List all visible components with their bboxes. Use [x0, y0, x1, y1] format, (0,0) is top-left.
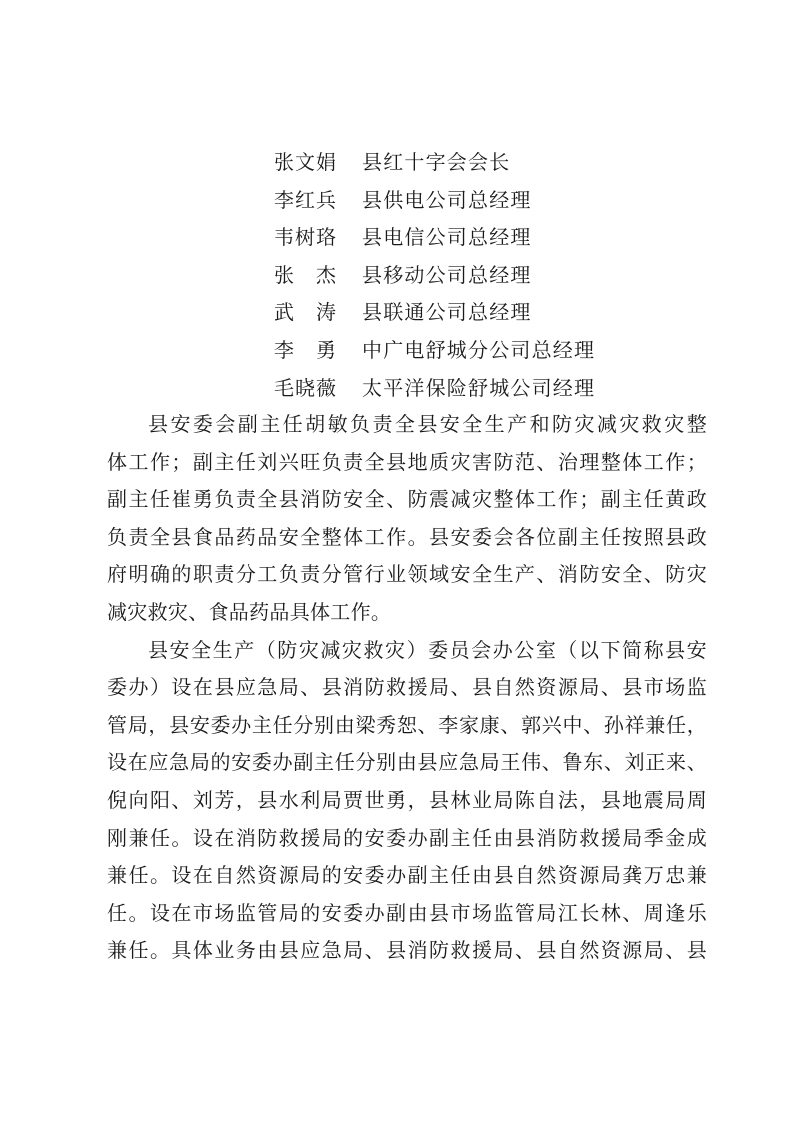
- text-line: 设在应急局的安委办副主任分别由县应急局王伟、鲁东、刘正来、: [107, 744, 707, 782]
- member-name: 李红兵: [274, 182, 362, 220]
- text-line: 任。设在市场监管局的安委办副由县市场监管局江长林、周逢乐: [107, 895, 707, 933]
- member-name: 张文娟: [274, 144, 362, 182]
- member-name: 张 杰: [274, 257, 362, 295]
- member-name: 毛晓薇: [274, 370, 362, 408]
- member-name: 李 勇: [274, 332, 362, 370]
- member-roster: 张文娟 县红十字会会长 李红兵 县供电公司总经理 韦树珞 县电信公司总经理 张 …: [274, 144, 595, 407]
- text-line: 管局，县安委办主任分别由梁秀恕、李家康、郭兴中、孙祥兼任，: [107, 707, 707, 745]
- member-name: 武 涛: [274, 294, 362, 332]
- paragraph-deputy-directors: 县安委会副主任胡敏负责全县安全生产和防灾减灾救灾整 体工作；副主任刘兴旺负责全县…: [107, 406, 707, 632]
- roster-row: 韦树珞 县电信公司总经理: [274, 219, 595, 257]
- text-line: 副主任崔勇负责全县消防安全、防震减灾整体工作；副主任黄政: [107, 481, 707, 519]
- paragraph-safety-office: 县安全生产（防灾减灾救灾）委员会办公室（以下简称县安 委办）设在县应急局、县消防…: [107, 632, 707, 970]
- member-title: 县移动公司总经理: [362, 257, 532, 295]
- member-title: 中广电舒城分公司总经理: [362, 332, 595, 370]
- member-title: 县红十字会会长: [362, 144, 510, 182]
- document-page: 张文娟 县红十字会会长 李红兵 县供电公司总经理 韦树珞 县电信公司总经理 张 …: [0, 0, 794, 1122]
- member-title: 县供电公司总经理: [362, 182, 532, 220]
- roster-row: 李红兵 县供电公司总经理: [274, 182, 595, 220]
- roster-row: 李 勇 中广电舒城分公司总经理: [274, 332, 595, 370]
- text-line: 县安委会副主任胡敏负责全县安全生产和防灾减灾救灾整: [107, 406, 707, 444]
- body-text: 县安委会副主任胡敏负责全县安全生产和防灾减灾救灾整 体工作；副主任刘兴旺负责全县…: [107, 406, 707, 970]
- text-line: 减灾救灾、食品药品具体工作。: [107, 594, 707, 632]
- text-line: 刚兼任。设在消防救援局的安委办副主任由县消防救援局季金成: [107, 820, 707, 858]
- member-title: 县电信公司总经理: [362, 219, 532, 257]
- member-title: 县联通公司总经理: [362, 294, 532, 332]
- text-line: 兼任。设在自然资源局的安委办副主任由县自然资源局龚万忠兼: [107, 857, 707, 895]
- text-line: 委办）设在县应急局、县消防救援局、县自然资源局、县市场监: [107, 669, 707, 707]
- member-name: 韦树珞: [274, 219, 362, 257]
- text-line: 倪向阳、刘芳，县水利局贾世勇，县林业局陈自法，县地震局周: [107, 782, 707, 820]
- text-line: 体工作；副主任刘兴旺负责全县地质灾害防范、治理整体工作；: [107, 444, 707, 482]
- roster-row: 张文娟 县红十字会会长: [274, 144, 595, 182]
- text-line: 兼任。具体业务由县应急局、县消防救援局、县自然资源局、县: [107, 932, 707, 970]
- roster-row: 张 杰 县移动公司总经理: [274, 257, 595, 295]
- text-line: 县安全生产（防灾减灾救灾）委员会办公室（以下简称县安: [107, 632, 707, 670]
- roster-row: 毛晓薇 太平洋保险舒城公司经理: [274, 370, 595, 408]
- roster-row: 武 涛 县联通公司总经理: [274, 294, 595, 332]
- member-title: 太平洋保险舒城公司经理: [362, 370, 595, 408]
- text-line: 府明确的职责分工负责分管行业领域安全生产、消防安全、防灾: [107, 556, 707, 594]
- text-line: 负责全县食品药品安全整体工作。县安委会各位副主任按照县政: [107, 519, 707, 557]
